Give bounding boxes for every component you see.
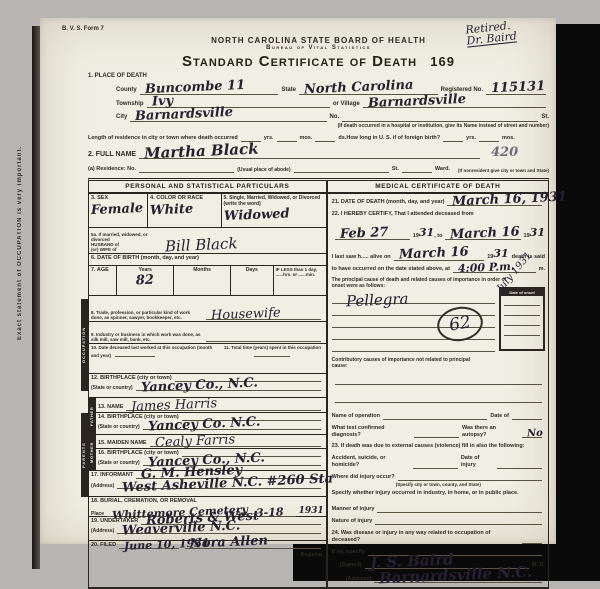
total-time-cell: 11. Total time (years) spent in this occ… <box>219 344 326 373</box>
foreign-birth-label: How long in U. S. if of foreign birth? <box>346 135 440 142</box>
dob-label: 6. DATE OF BIRTH (month, day, and year) <box>91 255 199 261</box>
certificate-title: Standard Certificate of Death 169 <box>88 53 549 70</box>
date-of-death-row: 21. DATE OF DEATH (month, day, and year)… <box>332 199 545 206</box>
registrar-signature: Nora Allen <box>190 533 269 553</box>
last-worked-field <box>115 350 155 357</box>
external-causes-row: 23. If death was due to external causes … <box>332 443 545 450</box>
cause-line <box>332 351 495 352</box>
burial-place-label: Place <box>91 511 104 517</box>
physician-address-row: (Address) Barnardsville N.C. <box>332 576 545 581</box>
residence-st-label: St. <box>392 166 399 173</box>
specify-label: Specify whether injury occurred in indus… <box>332 490 519 497</box>
manner-label: Manner of injury <box>332 506 375 513</box>
nonresident-note: (If nonresident give city or town and St… <box>458 168 549 173</box>
where-note-row: (Specify city or town, county, and State… <box>332 482 545 487</box>
autopsy-field: No <box>522 431 542 438</box>
foreign-yrs-label: yrs. <box>466 135 476 142</box>
father-rail: FATHER <box>89 398 96 435</box>
to-label: , to <box>434 233 442 240</box>
certify-label: 22. I HEREBY CERTIFY, That I attended de… <box>332 211 474 218</box>
father-bp-state-label: (State or country) <box>98 424 140 430</box>
last-saw-row: I last saw h..... alive on March 16 1931… <box>332 247 545 261</box>
informant-row: 17. INFORMANT G. M. Hensley (Address) We… <box>89 471 326 497</box>
scan-edge-right <box>556 24 600 581</box>
hospital-note: (If death occurred in a hospital or inst… <box>338 123 549 129</box>
last-saw-field: March 16 <box>394 254 485 261</box>
registered-no-field: 115131 <box>486 88 546 95</box>
contributory-line <box>335 378 542 385</box>
dod-field: March 16, 1931 <box>447 199 542 206</box>
occupation-rail: OCCUPATION <box>81 299 88 391</box>
onset-line <box>504 316 540 326</box>
attended-to-value: March 16 <box>450 224 520 243</box>
undertaker-address-label: (Address) <box>91 528 114 534</box>
injury-date-label: Date of injury <box>461 455 494 469</box>
related-field <box>522 537 542 544</box>
color-cell: 4. COLOR OR RACE White <box>148 194 221 227</box>
autopsy-row: What test confirmed diagnosis? Was there… <box>332 425 545 439</box>
nature-field <box>375 518 542 525</box>
birthplace-state-label: (State or country) <box>91 385 133 391</box>
place-of-death-section: 1. PLACE OF DEATH County Buncombe 11 Sta… <box>88 73 549 173</box>
abode-field <box>294 166 389 173</box>
father-name-row: 13. NAME James Harris <box>96 398 326 413</box>
state-label: State <box>281 87 296 95</box>
specify-row: Specify whether injury occurred in indus… <box>332 490 545 497</box>
nature-label: Nature of injury <box>332 518 373 525</box>
cause-line <box>332 339 495 340</box>
age-less-label: IF LESS than 1 day, ......hrs. or ......… <box>276 267 317 277</box>
where-note: (Specify city or town, county, and State… <box>396 482 481 487</box>
md-label: M. D. <box>532 562 545 569</box>
residence-mos-field <box>277 135 297 142</box>
onset-line <box>504 306 540 316</box>
place-of-death-label: 1. PLACE OF DEATH <box>88 73 147 81</box>
father-name-label: 13. NAME <box>98 404 123 411</box>
township-label: Township <box>116 101 144 109</box>
trade-row: 8. Trade, profession, or particular kind… <box>89 296 326 322</box>
registrar-label: Registrar. <box>301 552 324 558</box>
page-binding-shadow <box>32 26 40 569</box>
full-name-extra: 420 <box>491 145 518 162</box>
physician-address-label: (Address) <box>346 576 372 581</box>
full-name-field: Martha Black <box>139 152 480 159</box>
age-years-value: 82 <box>118 272 172 290</box>
mother-name-row: 15. MAIDEN NAME Cealy Farris <box>96 435 326 449</box>
mother-rail: MOTHER <box>89 435 96 471</box>
ds-label: ds. <box>338 135 346 142</box>
personal-title: PERSONAL AND STATISTICAL PARTICULARS <box>89 181 326 194</box>
full-name-extra-field: 420 <box>486 152 546 159</box>
date-of-onset-header: Date of onset <box>501 289 543 296</box>
occupation-dates-row: 10. Date deceased last worked at this oc… <box>89 344 326 374</box>
dod-label: 21. DATE OF DEATH (month, day, and year) <box>332 199 445 206</box>
full-name-label: 2. FULL NAME <box>88 150 136 159</box>
residence-ds-field <box>315 135 335 142</box>
m-label: m. <box>539 266 545 273</box>
signed-label: (Signed) <box>340 562 362 569</box>
certificate-title-text: Standard Certificate of Death <box>182 53 417 70</box>
accident-field <box>413 462 458 469</box>
industry-row: 9. Industry or business in which work wa… <box>89 322 326 344</box>
village-value: Barnardsville <box>367 91 466 112</box>
informant-address-field: West Asheville N.C. #260 Sta <box>117 482 320 489</box>
physician-address-field: Barnardsville N.C. <box>374 576 542 581</box>
related-label: 24. Was disease or injury in any way rel… <box>332 530 519 544</box>
trade-label: 8. Trade, profession, or particular kind… <box>91 310 203 320</box>
attended-to-field: March 16 <box>445 233 520 240</box>
accident-label: Accident, suicide, or homicide? <box>332 455 410 469</box>
industry-label: 9. Industry or business in which work wa… <box>91 332 203 342</box>
attended-dates-row: Feb 27 1931 , to March 16 1931 <box>332 226 545 240</box>
father-block: FATHER 13. NAME James Harris 14. BIRTHPL… <box>89 398 326 435</box>
medical-column: MEDICAL CERTIFICATE OF DEATH 21. DATE OF… <box>328 181 548 581</box>
house-no-field <box>342 115 538 122</box>
spouse-label-1: 5a. If married, widowed, or divorced <box>91 232 165 242</box>
age-months-label: Months <box>175 267 229 273</box>
columns-block: OCCUPATION PARENTS PERSONAL AND STATISTI… <box>88 178 549 581</box>
father-name-field: James Harris <box>126 404 320 411</box>
dob-row: 6. DATE OF BIRTH (month, day, and year) <box>89 254 326 266</box>
mother-name-field: Cealy Farris <box>150 440 321 447</box>
yrs-label: yrs. <box>264 135 274 142</box>
foreign-yrs-field <box>443 135 463 142</box>
autopsy-label: Was there an autopsy? <box>462 425 519 439</box>
cause-of-death-area: Pellegra 62 Date of onset July 1931 <box>332 291 545 351</box>
city-field: Barnardsville <box>130 115 326 122</box>
scanned-death-certificate: Exact statement of OCCUPATION is very im… <box>0 0 600 581</box>
age-days-cell: Days <box>231 266 274 295</box>
age-months-cell: Months <box>174 266 231 295</box>
onset-line <box>504 296 540 306</box>
filed-date-field: June 10, 1931 <box>119 542 179 549</box>
ward-field <box>402 166 432 173</box>
county-label: County <box>116 87 137 95</box>
if-so-label: If so, specify <box>332 549 365 556</box>
cause-code: 62 <box>448 312 473 335</box>
operation-date-label: Date of <box>490 413 509 420</box>
undertaker-address-field: Weaverville N.C. <box>117 527 320 534</box>
age-less-cell: IF LESS than 1 day, ......hrs. or ......… <box>274 266 326 295</box>
autopsy-value: No <box>527 428 543 441</box>
last-saw-year: 31 <box>493 247 508 261</box>
filed-row: 20. FILED June 10, 1931 Nora Allen Regis… <box>89 541 326 563</box>
industry-field <box>206 335 321 342</box>
father-bp-state-field: Yancey Co. N.C. <box>143 423 321 430</box>
contributory-line <box>335 396 542 403</box>
marital-cell: 5. Single, Married, Widowed, or Divorced… <box>222 194 326 227</box>
house-no-label: No. <box>330 114 340 122</box>
where-field <box>398 474 542 481</box>
informant-label: 17. INFORMANT <box>91 472 133 479</box>
city-label: City <box>116 114 127 122</box>
manner-field <box>377 506 542 513</box>
registrar-sig-field: Nora Allen <box>185 542 321 549</box>
age-label: 7. AGE <box>91 267 109 273</box>
manner-row: Manner of injury <box>332 506 545 513</box>
margin-vertical-note: Exact statement of OCCUPATION is very im… <box>17 40 23 340</box>
foreign-mos-field <box>479 135 499 142</box>
burial-year-value: 1931 <box>299 506 324 517</box>
filed-label: 20. FILED <box>91 542 116 549</box>
board-title: NORTH CAROLINA STATE BOARD OF HEALTH <box>88 36 549 45</box>
residence-no-label: (a) Residence: No. <box>88 166 136 173</box>
birthplace-state-field: Yancey Co., N.C. <box>136 384 321 391</box>
marital-value: Widowed <box>223 205 324 225</box>
last-saw-label: I last saw h..... alive on <box>332 254 391 261</box>
injury-date-field <box>497 462 542 469</box>
spouse-label-3: (or) WIFE of <box>91 247 165 252</box>
where-injury-row: Where did injury occur? <box>332 474 545 481</box>
mother-name-label: 15. MAIDEN NAME <box>98 440 147 447</box>
birthplace-row: 12. BIRTHPLACE (city or town) (State or … <box>89 374 326 398</box>
contributory-label: Contributory causes of importance not re… <box>332 357 545 369</box>
total-time-field <box>254 350 290 357</box>
attended-from-field: Feb 27 <box>335 233 410 240</box>
street-label: St. <box>541 114 549 122</box>
spouse-row: 5a. If married, widowed, or divorced HUS… <box>89 228 326 254</box>
from-year: 31 <box>419 226 434 240</box>
full-name-value: Martha Black <box>144 139 259 163</box>
contributory-label-2: cause: <box>332 363 545 369</box>
abode-note: (Usual place of abode) <box>237 167 290 173</box>
trade-field: Housewife <box>206 313 321 320</box>
cause-value: Pellegra <box>345 289 408 310</box>
parents-rail: PARENTS <box>81 413 88 497</box>
mother-name-value: Cealy Farris <box>154 433 235 451</box>
accident-row: Accident, suicide, or homicide? Date of … <box>332 455 545 469</box>
bureau-title: Bureau of Vital Statistics <box>88 45 549 51</box>
date-of-onset-box: Date of onset July 1931 <box>499 287 545 351</box>
trade-value: Housewife <box>210 306 280 324</box>
registered-no-value: 115131 <box>491 79 546 98</box>
age-years-cell: Years 82 <box>117 266 174 295</box>
related-row: 24. Was disease or injury in any way rel… <box>332 530 545 544</box>
to-year: 31 <box>530 226 545 240</box>
age-label-cell: 7. AGE <box>89 266 117 295</box>
age-row: 7. AGE Years 82 Months Days <box>89 266 326 296</box>
spouse-value: Bill Black <box>165 231 324 256</box>
foreign-mos-label: mos. <box>502 135 515 142</box>
attended-from-value: Feb 27 <box>339 225 388 243</box>
form-header: NORTH CAROLINA STATE BOARD OF HEALTH Bur… <box>88 36 549 70</box>
test-label: What test confirmed diagnosis? <box>332 425 411 439</box>
where-label: Where did injury occur? <box>332 474 395 481</box>
age-days-label: Days <box>232 267 272 273</box>
ward-label: Ward. <box>435 166 450 173</box>
operation-row: Name of operation Date of <box>332 413 545 420</box>
sex-cell: 3. SEX Female <box>89 194 148 227</box>
village-field: Barnardsville <box>363 101 546 108</box>
spouse-labels: 5a. If married, widowed, or divorced HUS… <box>91 232 165 253</box>
nature-row: Nature of injury <box>332 518 545 525</box>
or-village-label: or Village <box>333 101 360 109</box>
certificate-number: 169 <box>430 54 455 69</box>
color-value: White <box>150 201 219 220</box>
dod-value: March 16, 1931 <box>452 190 567 211</box>
operation-label: Name of operation <box>332 413 380 420</box>
operation-field <box>383 413 487 420</box>
sex-value: Female <box>91 201 146 220</box>
father-bp-row: 14. BIRTHPLACE (city or town) (State or … <box>96 413 326 435</box>
mos-label: mos. <box>300 135 313 142</box>
informant-address-label: (Address) <box>91 483 114 489</box>
burial-label: 18. BURIAL, CREMATION, OR REMOVAL <box>91 498 197 505</box>
external-label: 23. If death was due to external causes … <box>332 443 525 450</box>
personal-column: PERSONAL AND STATISTICAL PARTICULARS 3. … <box>89 181 328 581</box>
operation-date-field <box>512 413 542 420</box>
onset-line <box>504 326 540 336</box>
test-field <box>414 431 459 438</box>
occurred-label: to have occurred on the date stated abov… <box>332 266 450 273</box>
residence-no-field <box>139 166 234 173</box>
certificate-paper: B. V. S. Form 7 Retired. Dr. Baird NORTH… <box>40 18 556 544</box>
certificate-form: NORTH CAROLINA STATE BOARD OF HEALTH Bur… <box>88 24 549 581</box>
certify-row: 22. I HEREBY CERTIFY, That I attended de… <box>332 211 545 218</box>
last-worked-cell: 10. Date deceased last worked at this oc… <box>89 344 219 373</box>
mother-bp-state-label: (State or country) <box>98 460 140 466</box>
